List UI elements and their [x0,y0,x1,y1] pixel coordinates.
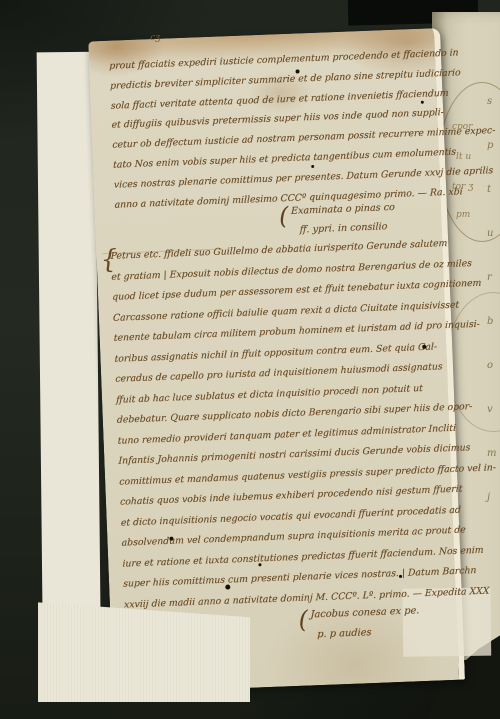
photo-background: cpor lt u tor ʒ pm s p t u r b o v m j c… [0,0,500,719]
fragment-letter: m [487,448,500,459]
facing-page-edge-text: s p t u r b o v m j [487,96,500,503]
ink-spot [169,537,173,541]
facing-page-text-fragment: pm [456,208,470,222]
manuscript-page: cʒ prout ffaciatis expediri iusticie com… [88,28,465,693]
fragment-letter: v [487,404,500,415]
manuscript-line: p. p audies [317,621,421,645]
fragment-letter: b [487,316,500,327]
fragment-letter: u [487,228,500,239]
registration-note: ( Examinata o pinas co ff. ypri. in cons… [291,198,396,240]
fragment-letter: t [487,184,500,195]
ink-spot [421,101,424,104]
flourish-bracket: ( [298,606,308,634]
fragment-letter: j [487,492,500,503]
entry-1: prout ffaciatis expediri iusticie comple… [109,44,437,215]
flourish-bracket: ( [279,202,289,230]
fragment-letter: s [487,96,500,107]
ink-spot [399,575,402,578]
fragment-letter: p [487,140,500,151]
fragment-letter: r [487,272,500,283]
scribe-signature: ( Jacobus conesa ex pe. p. p audies [310,601,420,645]
facing-page-text-fragment: lt u [456,150,471,164]
entry-2: { Petrus etc. ffideli suo Guillelmo de a… [110,234,450,615]
folio-mark: cʒ [150,33,161,43]
fragment-letter: o [487,360,500,371]
ink-spot [311,165,314,168]
